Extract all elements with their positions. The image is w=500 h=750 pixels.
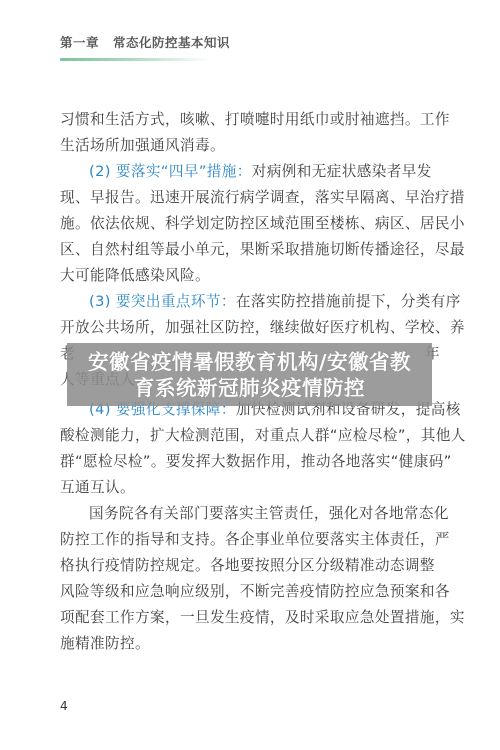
item-3-label: (3) 要突出重点环节 xyxy=(89,293,221,310)
chapter-title: 常态化防控基本知识 xyxy=(113,35,230,50)
text-line: 防控工作的指导和支持。各企事业单位要落实主体责任，严 xyxy=(60,527,440,553)
banner-title-line-2: 育系统新冠肺炎疫情防控 xyxy=(134,375,365,401)
text-line: 开放公共场所，加强社区防控，继续做好医疗机构、学校、养 xyxy=(60,315,440,341)
item-2-colon: ： xyxy=(237,163,252,180)
text-line: 互通互认。 xyxy=(60,475,440,501)
text-line: 习惯和生活方式，咳嗽、打喷嚏时用纸巾或肘袖遮挡。工作 xyxy=(60,107,440,133)
text-line: 项配套工作方案，一旦发生疫情，及时采取应急处置措施，实 xyxy=(60,605,440,631)
title-overlay-banner: 安徽省疫情暑假教育机构/安徽省教 育系统新冠肺炎疫情防控 xyxy=(67,343,432,406)
text-line: 施精准防控。 xyxy=(60,631,440,657)
banner-title-line-1: 安徽省疫情暑假教育机构/安徽省教 xyxy=(88,349,411,375)
text-line: 现、早报告。迅速开展流行病学调查，落实早隔离、早治疗措 xyxy=(60,185,440,211)
text-line: 区、自然村组等最小单元，果断采取措施切断传播途径，尽最 xyxy=(60,237,440,263)
item-2-text: 对病例和无症状感染者早发 xyxy=(252,163,432,180)
text-line: 群“愿检尽检”。要发挥大数据作用，推动各地落实“健康码” xyxy=(60,449,440,475)
item-3-colon: ： xyxy=(221,293,236,310)
item-2-label: (2) 要落实“四早”措施 xyxy=(89,163,237,180)
chapter-number: 第一章 xyxy=(60,35,99,50)
text-line: 风险等级和应急响应级别，不断完善疫情防控应急预案和各 xyxy=(60,579,440,605)
closing-paragraph-first-line: 国务院各有关部门要落实主管责任，强化对各地常态化 xyxy=(60,501,440,527)
text-line: 格执行疫情防控规定。各地要按照分区分级精准动态调整 xyxy=(60,553,440,579)
item-3-heading-line: (3) 要突出重点环节：在落实防控措施前提下，分类有序 xyxy=(60,289,440,315)
text-line: 生活场所加强通风消毒。 xyxy=(60,133,440,159)
text-line: 酸检测能力，扩大检测范围，对重点人群“应检尽检”，其他人 xyxy=(60,423,440,449)
page-number: 4 xyxy=(60,699,68,713)
chapter-header: 第一章常态化防控基本知识 xyxy=(60,33,230,51)
item-2-heading-line: (2) 要落实“四早”措施：对病例和无症状感染者早发 xyxy=(60,159,440,185)
item-3-text: 在落实防控措施前提下，分类有序 xyxy=(236,293,461,310)
text-line: 施。依法依规、科学划定防控区域范围至楼栋、病区、居民小 xyxy=(60,211,440,237)
header-gradient-rule xyxy=(60,58,210,61)
text-line: 大可能降低感染风险。 xyxy=(60,263,440,289)
